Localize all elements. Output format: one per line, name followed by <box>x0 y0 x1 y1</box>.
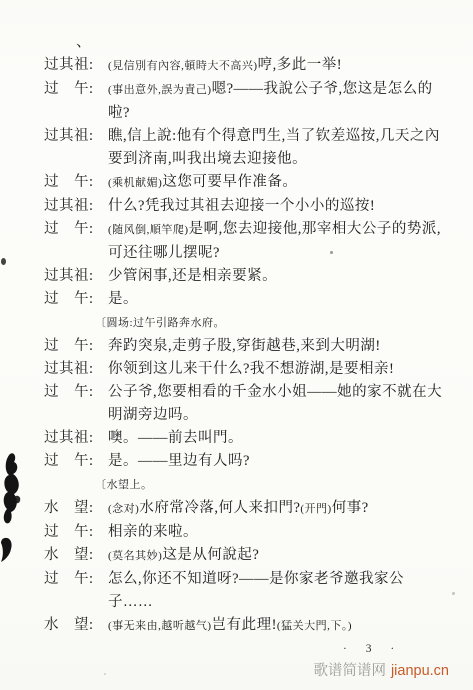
line-text: 奔趵突泉,走剪子股,穿街越巷,来到大明湖! <box>108 335 473 358</box>
dialogue-text: 公子爷,您要相看的千金水小姐——她的家不就在大明湖旁边吗。 <box>108 384 442 423</box>
dialogue-text: 是。——里边有人吗? <box>108 453 250 469</box>
dialogue-text: 噢。——前去叫門。 <box>108 430 243 446</box>
stage-direction: 〔圆场:过午引路奔水府。 <box>95 317 225 329</box>
line-text: 是。 <box>108 288 473 311</box>
line-text: (念对)水府常冷落,何人来扣門?(开門)何事? <box>108 497 473 521</box>
speaker-name: 水 望: <box>44 497 108 521</box>
watermark-site-name: 歌谱简谱网 <box>313 663 386 679</box>
speaker-name: 过 午: <box>44 521 108 544</box>
dialogue-line: 过 午:是。——里边有人吗? <box>0 450 473 473</box>
stage-direction: (事出意外,誤为責己) <box>108 84 212 96</box>
line-text: 噢。——前去叫門。 <box>108 427 473 450</box>
stage-direction: (猛关大門,下。) <box>277 620 352 632</box>
stage-direction-line: 〔水望上。 <box>0 473 473 497</box>
speaker-name: 过 午: <box>44 568 108 614</box>
dialogue-text: 什么?凭我过其祖去迎接一个小小的巡按! <box>108 198 375 214</box>
line-text: (見信別有內容,頓時大不高兴)哼,多此一举! <box>108 54 473 78</box>
speaker-name: 过 午: <box>44 381 108 427</box>
scanned-script-page: 、 过其祖:(見信別有內容,頓時大不高兴)哼,多此一举!过 午:(事出意外,誤为… <box>0 0 473 690</box>
line-text: 瞧,信上說:他有个得意門生,当了钦差巡按,几天之內要到济南,叫我出境去迎接他。 <box>108 125 473 171</box>
script-area: 过其祖:(見信別有內容,頓時大不高兴)哼,多此一举!过 午:(事出意外,誤为責己… <box>0 54 473 638</box>
line-text: 少管闲事,还是相亲要紧。 <box>108 265 473 288</box>
line-text: (乘机献媚)这您可要早作准备。 <box>108 171 473 195</box>
watermark: 歌谱简谱网jianpu.cn <box>313 659 449 680</box>
line-text: (随风倒,順竿爬)是啊,您去迎接他,那宰相大公子的势派,可还往哪儿摆呢? <box>108 218 473 265</box>
dialogue-text: 相亲的来啦。 <box>108 524 198 540</box>
stage-direction: (开門) <box>300 503 331 515</box>
dialogue-text: 瞧,信上說:他有个得意門生,当了钦差巡按,几天之內要到济南,叫我出境去迎接他。 <box>108 128 440 167</box>
line-text: 〔水望上。 <box>95 473 473 497</box>
dialogue-line: 过 午:奔趵突泉,走剪子股,穿街越巷,来到大明湖! <box>0 335 473 358</box>
ink-blot <box>0 452 24 564</box>
dialogue-text: 这是从何說起? <box>162 547 259 563</box>
stage-direction: (念对) <box>108 503 139 515</box>
line-text: 〔圆场:过午引路奔水府。 <box>95 311 473 335</box>
speaker-name: 过其祖: <box>44 358 108 381</box>
line-text: (事出意外,誤为責己)嗯?——我說公子爷,您这是怎么的啦? <box>108 78 473 125</box>
dialogue-line: 过其祖:(見信別有內容,頓時大不高兴)哼,多此一举! <box>0 54 473 78</box>
line-text: 什么?凭我过其祖去迎接一个小小的巡按! <box>108 195 473 218</box>
speaker-name: 过 午: <box>44 218 108 265</box>
line-text: 怎么,你还不知道呀?——是你家老爷邀我家公子…… <box>108 568 473 614</box>
dialogue-text: 何事? <box>332 500 369 516</box>
page-number: · 3 · <box>343 643 402 655</box>
speaker-name: 水 望: <box>44 614 108 638</box>
dialogue-text: 哼,多此一举! <box>258 57 342 73</box>
line-text: 你领到这儿来干什么?我不想游湖,是要相亲! <box>108 358 473 381</box>
dialogue-line: 过其祖:噢。——前去叫門。 <box>0 427 473 450</box>
dialogue-text: 这您可要早作准备。 <box>162 174 297 190</box>
dialogue-line: 过 午:(随风倒,順竿爬)是啊,您去迎接他,那宰相大公子的势派,可还往哪儿摆呢? <box>0 218 473 265</box>
speaker-name: 过其祖: <box>44 265 108 288</box>
speaker-name: 过其祖: <box>44 54 108 78</box>
dialogue-line: 水 望:(事无来由,越听越气)岂有此理!(猛关大門,下。) <box>0 614 473 638</box>
dialogue-text: 是。 <box>108 291 138 307</box>
dialogue-line: 过 午:公子爷,您要相看的千金水小姐——她的家不就在大明湖旁边吗。 <box>0 381 473 427</box>
dialogue-line: 水 望:(念对)水府常冷落,何人来扣門?(开門)何事? <box>0 497 473 521</box>
ink-speck <box>104 673 106 675</box>
speaker-name: 过其祖: <box>44 427 108 450</box>
ink-speck <box>452 592 455 595</box>
speaker-name: 过 午: <box>44 78 108 125</box>
speaker-name: 过 午: <box>44 335 108 358</box>
dialogue-line: 过其祖:瞧,信上說:他有个得意門生,当了钦差巡按,几天之內要到济南,叫我出境去迎… <box>0 125 473 171</box>
dialogue-text: 少管闲事,还是相亲要紧。 <box>108 268 277 284</box>
stage-direction: (見信別有內容,頓時大不高兴) <box>108 60 258 72</box>
dialogue-text: 水府常冷落,何人来扣門? <box>139 500 300 516</box>
line-text: 相亲的来啦。 <box>108 521 473 544</box>
ink-speck <box>330 251 333 254</box>
stray-ink-mark: 、 <box>76 30 91 51</box>
speaker-name: 过 午: <box>44 450 108 473</box>
dialogue-text: 你领到这儿来干什么?我不想游湖,是要相亲! <box>108 361 394 377</box>
speaker-name: 过 午: <box>44 288 108 311</box>
speaker-name: 过其祖: <box>44 195 108 218</box>
line-text: 是。——里边有人吗? <box>108 450 473 473</box>
line-text: 公子爷,您要相看的千金水小姐——她的家不就在大明湖旁边吗。 <box>108 381 473 427</box>
speaker-name: 过其祖: <box>44 125 108 171</box>
ink-speck <box>1 258 6 265</box>
dialogue-line: 过 午:相亲的来啦。 <box>0 521 473 544</box>
dialogue-line: 水 望:(莫名其妙)这是从何說起? <box>0 544 473 568</box>
dialogue-text: 岂有此理! <box>212 617 277 633</box>
line-text: (事无来由,越听越气)岂有此理!(猛关大門,下。) <box>108 614 473 638</box>
speaker-name: 过 午: <box>44 171 108 195</box>
speaker-name: 水 望: <box>44 544 108 568</box>
dialogue-text: 奔趵突泉,走剪子股,穿街越巷,来到大明湖! <box>108 338 381 354</box>
dialogue-line: 过 午:是。 <box>0 288 473 311</box>
dialogue-line: 过 午:怎么,你还不知道呀?——是你家老爷邀我家公子…… <box>0 568 473 614</box>
line-text: (莫名其妙)这是从何說起? <box>108 544 473 568</box>
dialogue-line: 过其祖:少管闲事,还是相亲要紧。 <box>0 265 473 288</box>
stage-direction-line: 〔圆场:过午引路奔水府。 <box>0 311 473 335</box>
stage-direction: 〔水望上。 <box>95 479 153 491</box>
dialogue-line: 过 午:(乘机献媚)这您可要早作准备。 <box>0 171 473 195</box>
dialogue-line: 过 午:(事出意外,誤为責己)嗯?——我說公子爷,您这是怎么的啦? <box>0 78 473 125</box>
stage-direction: (事无来由,越听越气) <box>108 620 212 632</box>
stage-direction: (乘机献媚) <box>108 177 162 189</box>
watermark-site-url: jianpu.cn <box>391 663 449 679</box>
dialogue-line: 过其祖:你领到这儿来干什么?我不想游湖,是要相亲! <box>0 358 473 381</box>
stage-direction: (随风倒,順竿爬) <box>108 224 189 236</box>
dialogue-line: 过其祖:什么?凭我过其祖去迎接一个小小的巡按! <box>0 195 473 218</box>
stage-direction: (莫名其妙) <box>108 550 162 562</box>
dialogue-text: 怎么,你还不知道呀?——是你家老爷邀我家公子…… <box>108 571 404 610</box>
